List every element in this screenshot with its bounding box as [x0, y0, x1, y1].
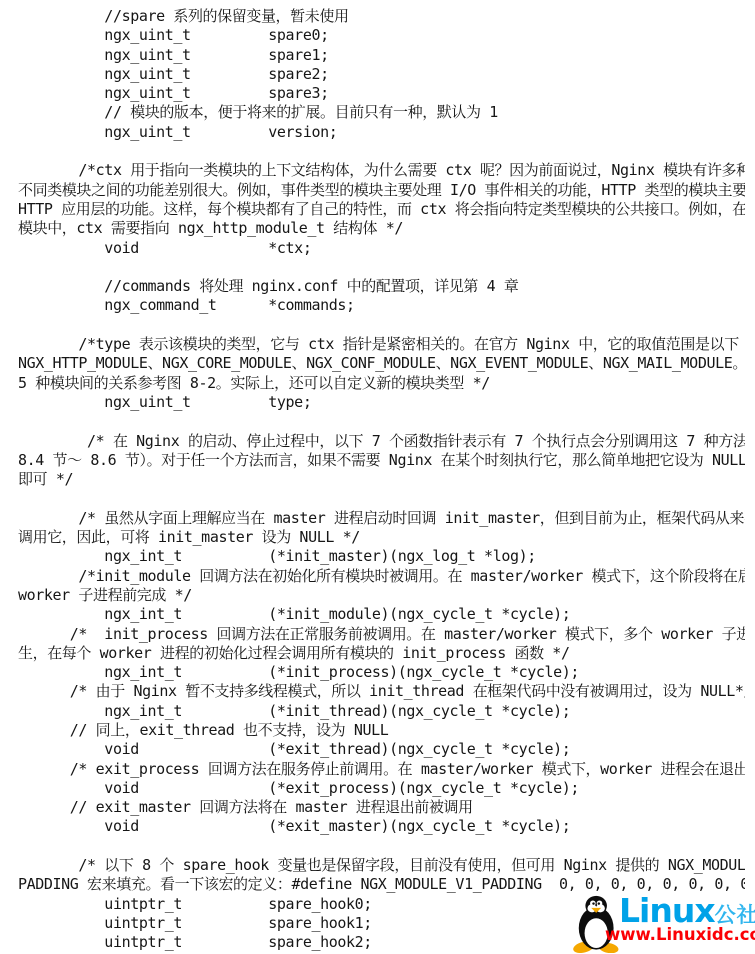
- code-line: 5 种模块间的关系参考图 8-2。实际上，还可以自定义新的模块类型 */: [18, 374, 745, 393]
- code-line: [18, 142, 745, 161]
- code-line: [18, 316, 745, 335]
- code-line: ngx_uint_t spare0;: [18, 26, 745, 45]
- code-line: ngx_int_t (*init_module)(ngx_cycle_t *cy…: [18, 605, 745, 624]
- code-line: ngx_uint_t spare3;: [18, 84, 745, 103]
- code-line: /* 由于 Nginx 暂不支持多线程模式，所以 init_thread 在框架…: [18, 682, 745, 701]
- code-line: /*init_module 回调方法在初始化所有模块时被调用。在 master/…: [18, 567, 745, 586]
- code-line: ngx_uint_t version;: [18, 123, 745, 142]
- code-line: ngx_int_t (*init_process)(ngx_cycle_t *c…: [18, 663, 745, 682]
- code-line: void (*exit_master)(ngx_cycle_t *cycle);: [18, 817, 745, 836]
- code-line: ngx_int_t (*init_thread)(ngx_cycle_t *cy…: [18, 702, 745, 721]
- code-line: // 模块的版本，便于将来的扩展。目前只有一种，默认为 1: [18, 103, 745, 122]
- code-line: [18, 258, 745, 277]
- code-line: /* 以下 8 个 spare_hook 变量也是保留字段，目前没有使用，但可用…: [18, 856, 745, 875]
- code-line: /* init_process 回调方法在正常服务前被调用。在 master/w…: [18, 625, 745, 644]
- tux-penguin-icon: [572, 895, 622, 953]
- code-line: //spare 系列的保留变量，暂未使用: [18, 7, 745, 26]
- code-line: ngx_uint_t spare2;: [18, 65, 745, 84]
- code-line: NGX_HTTP_MODULE、NGX_CORE_MODULE、NGX_CONF…: [18, 354, 745, 373]
- code-line: 不同类模块之间的功能差别很大。例如，事件类型的模块主要处理 I/O 事件相关的功…: [18, 181, 745, 200]
- code-line: 生，在每个 worker 进程的初始化过程会调用所有模块的 init_proce…: [18, 644, 745, 663]
- code-line: //commands 将处理 nginx.conf 中的配置项，详见第 4 章: [18, 277, 745, 296]
- code-line: 模块中，ctx 需要指向 ngx_http_module_t 结构体 */: [18, 219, 745, 238]
- code-line: void *ctx;: [18, 239, 745, 258]
- code-line: // exit_master 回调方法将在 master 进程退出前被调用: [18, 798, 745, 817]
- code-line: [18, 837, 745, 856]
- code-line: void (*exit_process)(ngx_cycle_t *cycle)…: [18, 779, 745, 798]
- code-line: ngx_int_t (*init_master)(ngx_log_t *log)…: [18, 547, 745, 566]
- code-line: void (*exit_thread)(ngx_cycle_t *cycle);: [18, 740, 745, 759]
- code-line: /* exit_process 回调方法在服务停止前调用。在 master/wo…: [18, 760, 745, 779]
- code-line: 调用它，因此，可将 init_master 设为 NULL */: [18, 528, 745, 547]
- code-line: [18, 412, 745, 431]
- code-line: /* 虽然从字面上理解应当在 master 进程启动时回调 init_maste…: [18, 509, 745, 528]
- code-line: [18, 489, 745, 508]
- code-line: // 同上，exit_thread 也不支持，设为 NULL: [18, 721, 745, 740]
- code-block: //spare 系列的保留变量，暂未使用 ngx_uint_t spare0; …: [0, 0, 755, 953]
- code-line: worker 子进程前完成 */: [18, 586, 745, 605]
- code-line: ngx_uint_t type;: [18, 393, 745, 412]
- code-line: /*type 表示该模块的类型，它与 ctx 指针是紧密相关的。在官方 Ngin…: [18, 335, 745, 354]
- watermark-brand-suffix: 公社: [715, 903, 755, 927]
- code-line: ngx_command_t *commands;: [18, 296, 745, 315]
- code-line: /*ctx 用于指向一类模块的上下文结构体，为什么需要 ctx 呢？因为前面说过…: [18, 161, 745, 180]
- code-line: 即可 */: [18, 470, 745, 489]
- code-line: HTTP 应用层的功能。这样，每个模块都有了自己的特性，而 ctx 将会指向特定…: [18, 200, 745, 219]
- linuxidc-watermark: Linux公社 www.Linuxidc.com: [572, 895, 754, 953]
- code-line: ngx_uint_t spare1;: [18, 46, 745, 65]
- code-line: /* 在 Nginx 的启动、停止过程中，以下 7 个函数指针表示有 7 个执行…: [18, 432, 745, 451]
- code-line: 8.4 节～ 8.6 节）。对于任一个方法而言，如果不需要 Nginx 在某个时…: [18, 451, 745, 470]
- watermark-url: www.Linuxidc.com: [605, 925, 755, 944]
